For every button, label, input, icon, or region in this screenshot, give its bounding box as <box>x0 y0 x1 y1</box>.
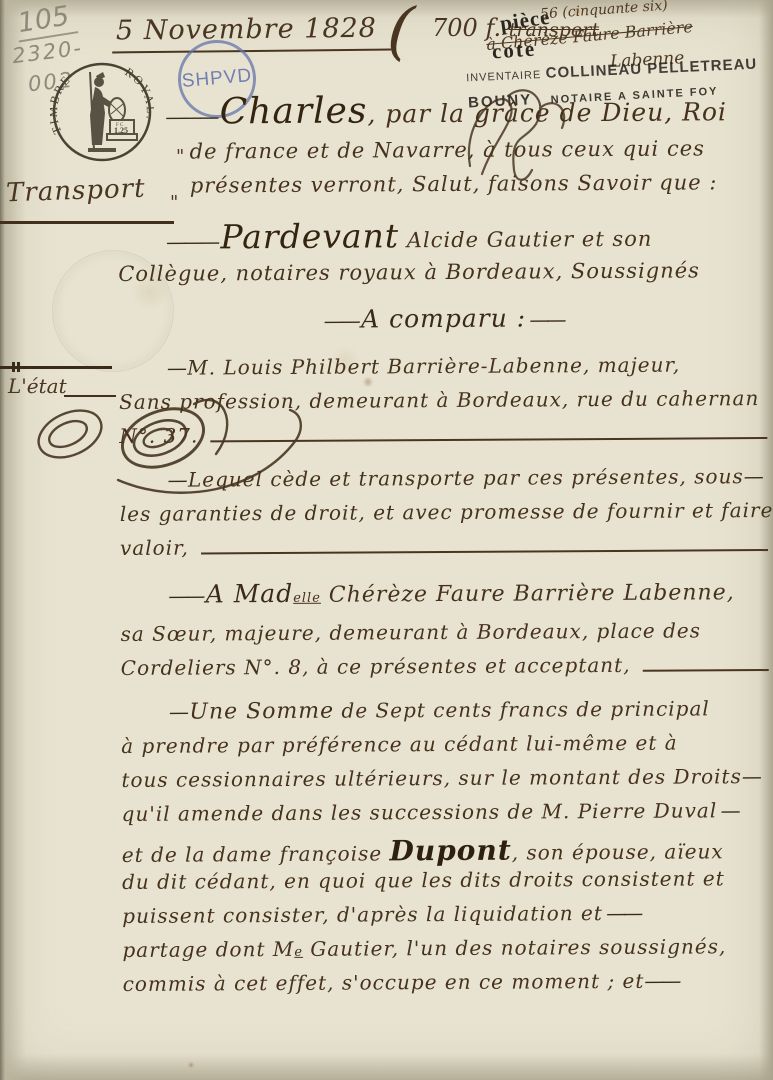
manuscript-line: Cordeliers N°. 8, à ce présentes et acce… <box>121 652 771 690</box>
manuscript-line: sa Sœur, majeure, demeurant à Bordeaux, … <box>120 618 770 656</box>
manuscript-line: qu'il amende dans les successions de M. … <box>122 798 772 836</box>
manuscript-line: ——— Charles, par la grâce de Dieu, Roi <box>165 88 767 140</box>
ink-bracket: ( <box>384 0 417 69</box>
manuscript-line: — Lequel cède et transporte par ces prés… <box>168 464 770 502</box>
document-date: 5 Novembre 1828 <box>112 13 391 54</box>
ink-rule <box>643 669 769 672</box>
pencil-folio-number: 105 <box>14 0 78 42</box>
manuscript-line: — M. Louis Philbert Barrière-Labenne, ma… <box>167 352 769 390</box>
cote-stamp: cote <box>491 36 537 64</box>
manuscript-line: puissent consister, d'après la liquidati… <box>122 900 772 938</box>
manuscript-line: les garanties de droit, et avec promesse… <box>120 498 770 536</box>
manuscript-line: et de la dame françoise Dupont, son épou… <box>122 832 772 870</box>
manuscript-line: — Une Somme de Sept cents francs de prin… <box>169 696 771 734</box>
manuscript-line: N°. 37. <box>119 420 769 458</box>
manuscript-line: partage dont Me Gautier, l'un des notair… <box>122 934 772 972</box>
manuscript-line: tous cessionnaires ultérieurs, sur le mo… <box>121 764 771 802</box>
ink-rule <box>201 549 768 554</box>
manuscript-line: —— A Madelle Chérèze Faure Barrière Labe… <box>168 576 770 622</box>
ink-rule-with-ticks <box>0 366 112 369</box>
manuscript-line: commis à cet effet, s'occupe en ce momen… <box>123 968 773 1006</box>
manuscript-page: 105 2320- 002 5 Novembre 1828 ( 700 f. t… <box>0 0 773 1080</box>
manuscript-line: valoir, <box>120 532 770 570</box>
ink-rule <box>210 437 767 442</box>
manuscript-line: présentes verront, Salut, faisons Savoir… <box>190 170 768 208</box>
manuscript-line: Sans profession, demeurant à Bordeaux, r… <box>119 386 769 424</box>
manuscript-line: ——— Pardevant Alcide Gautier et son <box>166 214 768 262</box>
manuscript-line: Collègue, notaires royaux à Bordeaux, So… <box>118 258 768 296</box>
manuscript-line: de france et de Navarre, à tous ceux qui… <box>190 136 768 174</box>
manuscript-line: —— A comparu : —— <box>119 302 769 346</box>
manuscript-line: du dit cédant, en quoi que les dits droi… <box>122 866 772 904</box>
body-text: ——— Charles, par la grâce de Dieu, Roide… <box>117 88 773 1006</box>
piece-number-annotation: 56 (cinquante six) <box>540 0 669 22</box>
shpvd-stamp-label: SHPVD <box>181 65 253 93</box>
manuscript-line: à prendre par préférence au cédant lui-m… <box>121 730 771 768</box>
